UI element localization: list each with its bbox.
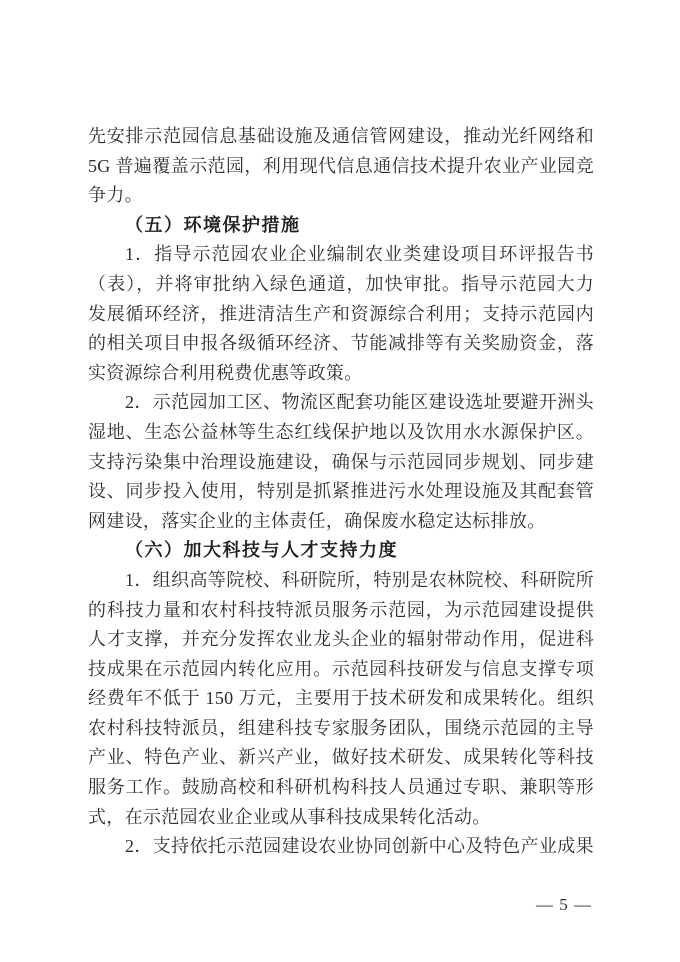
text-line: 5G 普遍覆盖示范园，利用现代信息通信技术提升农业产业园竞 bbox=[88, 152, 594, 182]
document-page: 先安排示范园信息基础设施及通信管网建设，推动光纤网络和 5G 普遍覆盖示范园，利… bbox=[0, 0, 680, 962]
page-number: — 5 — bbox=[536, 892, 592, 918]
section-heading: （五）环境保护措施 bbox=[88, 211, 594, 241]
text-line: 1．指导示范园农业企业编制农业类建设项目环评报告书 bbox=[88, 240, 594, 270]
text-line: 湿地、生态公益林等生态红线保护地以及饮用水水源保护区。 bbox=[88, 418, 594, 448]
text-line: 支持污染集中治理设施建设，确保与示范园同步规划、同步建 bbox=[88, 448, 594, 478]
text-line: 服务工作。鼓励高校和科研机构科技人员通过专职、兼职等形 bbox=[88, 773, 594, 803]
text-line: 实资源综合利用税费优惠等政策。 bbox=[88, 359, 594, 389]
document-body: 先安排示范园信息基础设施及通信管网建设，推动光纤网络和 5G 普遍覆盖示范园，利… bbox=[88, 122, 594, 862]
text-line: 的科技力量和农村科技特派员服务示范园，为示范园建设提供 bbox=[88, 596, 594, 626]
section-heading: （六）加大科技与人才支持力度 bbox=[88, 536, 594, 566]
text-line: 2．示范园加工区、物流区配套功能区建设选址要避开洲头 bbox=[88, 388, 594, 418]
text-line: 争力。 bbox=[88, 181, 594, 211]
text-line: 1．组织高等院校、科研院所，特别是农林院校、科研院所 bbox=[88, 566, 594, 596]
text-line: 2．支持依托示范园建设农业协同创新中心及特色产业成果 bbox=[88, 832, 594, 862]
text-line: 人才支撑，并充分发挥农业龙头企业的辐射带动作用，促进科 bbox=[88, 625, 594, 655]
text-line: 产业、特色产业、新兴产业，做好技术研发、成果转化等科技 bbox=[88, 743, 594, 773]
text-line: 网建设，落实企业的主体责任，确保废水稳定达标排放。 bbox=[88, 507, 594, 537]
text-line: 的相关项目申报各级循环经济、节能减排等有关奖励资金，落 bbox=[88, 329, 594, 359]
text-line: 技成果在示范园内转化应用。示范园科技研发与信息支撑专项 bbox=[88, 655, 594, 685]
text-line: 设、同步投入使用，特别是抓紧推进污水处理设施及其配套管 bbox=[88, 477, 594, 507]
text-line: 经费年不低于 150 万元，主要用于技术研发和成果转化。组织 bbox=[88, 684, 594, 714]
text-line: 式，在示范园农业企业或从事科技成果转化活动。 bbox=[88, 803, 594, 833]
text-line: 先安排示范园信息基础设施及通信管网建设，推动光纤网络和 bbox=[88, 122, 594, 152]
text-line: 农村科技特派员，组建科技专家服务团队，围绕示范园的主导 bbox=[88, 714, 594, 744]
text-line: （表），并将审批纳入绿色通道，加快审批。指导示范园大力 bbox=[88, 270, 594, 300]
text-line: 发展循环经济，推进清洁生产和资源综合利用；支持示范园内 bbox=[88, 300, 594, 330]
